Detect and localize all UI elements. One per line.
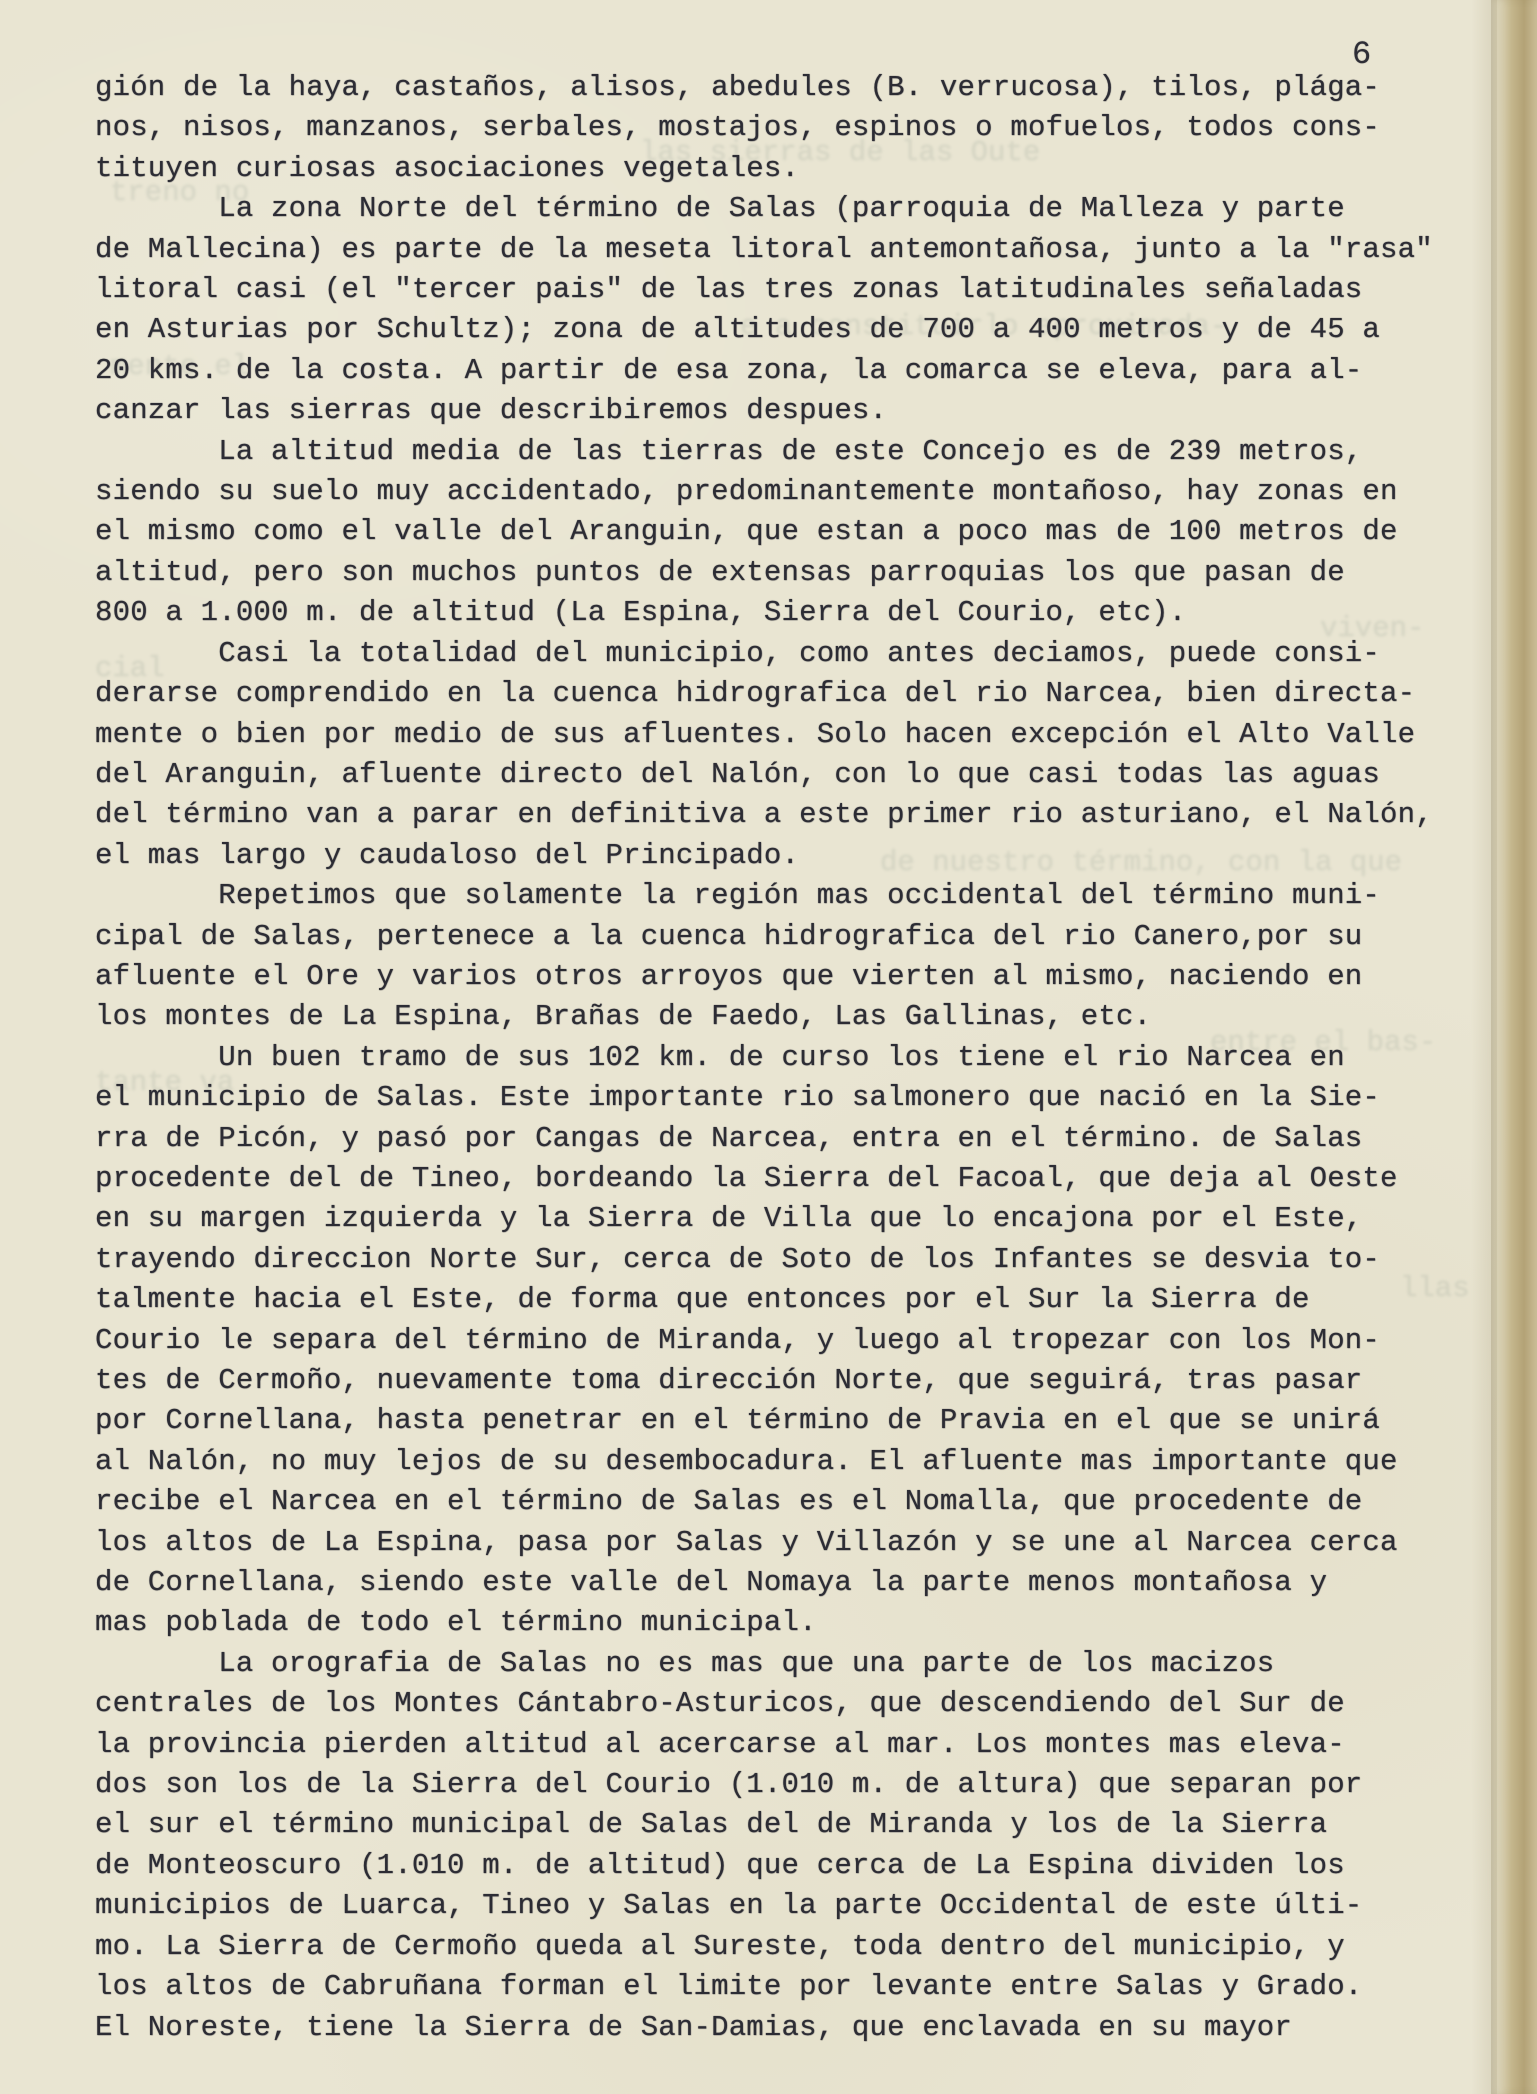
text-line: mente o bien por medio de sus afluentes.… xyxy=(95,715,1495,755)
body-text: gión de la haya, castaños, alisos, abedu… xyxy=(95,68,1495,2048)
text-line: litoral casi (el "tercer pais" de las tr… xyxy=(95,270,1495,310)
page-edge xyxy=(1491,0,1537,2094)
document-page: las sierras de las Outetreno noe a const… xyxy=(0,0,1537,2094)
text-line: La altitud media de las tierras de este … xyxy=(95,432,1495,472)
text-line: La orografia de Salas no es mas que una … xyxy=(95,1644,1495,1684)
text-line: La zona Norte del término de Salas (parr… xyxy=(95,189,1495,229)
text-line: Courio le separa del término de Miranda,… xyxy=(95,1321,1495,1361)
text-line: recibe el Narcea en el término de Salas … xyxy=(95,1482,1495,1522)
text-line: canzar las sierras que describiremos des… xyxy=(95,391,1495,431)
text-line: municipios de Luarca, Tineo y Salas en l… xyxy=(95,1886,1495,1926)
text-line: derarse comprendido en la cuenca hidrogr… xyxy=(95,674,1495,714)
text-line: mas poblada de todo el término municipal… xyxy=(95,1603,1495,1643)
text-line: afluente el Ore y varios otros arroyos q… xyxy=(95,957,1495,997)
text-line: talmente hacia el Este, de forma que ent… xyxy=(95,1280,1495,1320)
text-line: los altos de La Espina, pasa por Salas y… xyxy=(95,1523,1495,1563)
text-line: de Mallecina) es parte de la meseta lito… xyxy=(95,230,1495,270)
text-line: Repetimos que solamente la región mas oc… xyxy=(95,876,1495,916)
text-line: en Asturias por Schultz); zona de altitu… xyxy=(95,310,1495,350)
text-line: procedente del de Tineo, bordeando la Si… xyxy=(95,1159,1495,1199)
text-line: el municipio de Salas. Este importante r… xyxy=(95,1078,1495,1118)
text-line: nos, nisos, manzanos, serbales, mostajos… xyxy=(95,108,1495,148)
text-line: 800 a 1.000 m. de altitud (La Espina, Si… xyxy=(95,593,1495,633)
text-line: trayendo direccion Norte Sur, cerca de S… xyxy=(95,1240,1495,1280)
text-line: el mas largo y caudaloso del Principado. xyxy=(95,836,1495,876)
text-line: gión de la haya, castaños, alisos, abedu… xyxy=(95,68,1495,108)
text-line: rra de Picón, y pasó por Cangas de Narce… xyxy=(95,1119,1495,1159)
text-line: cipal de Salas, pertenece a la cuenca hi… xyxy=(95,917,1495,957)
text-line: centrales de los Montes Cántabro-Asturic… xyxy=(95,1684,1495,1724)
text-line: de Monteoscuro (1.010 m. de altitud) que… xyxy=(95,1846,1495,1886)
text-line: del término van a parar en definitiva a … xyxy=(95,795,1495,835)
text-line: el sur el término municipal de Salas del… xyxy=(95,1805,1495,1845)
text-line: siendo su suelo muy accidentado, predomi… xyxy=(95,472,1495,512)
text-line: los montes de La Espina, Brañas de Faedo… xyxy=(95,997,1495,1037)
text-line: por Cornellana, hasta penetrar en el tér… xyxy=(95,1401,1495,1441)
text-line: de Cornellana, siendo este valle del Nom… xyxy=(95,1563,1495,1603)
text-line: altitud, pero son muchos puntos de exten… xyxy=(95,553,1495,593)
text-line: el mismo como el valle del Aranguin, que… xyxy=(95,512,1495,552)
text-line: Un buen tramo de sus 102 km. de curso lo… xyxy=(95,1038,1495,1078)
text-line: El Noreste, tiene la Sierra de San-Damia… xyxy=(95,2008,1495,2048)
text-line: la provincia pierden altitud al acercars… xyxy=(95,1725,1495,1765)
text-line: dos son los de la Sierra del Courio (1.0… xyxy=(95,1765,1495,1805)
text-line: 20 kms. de la costa. A partir de esa zon… xyxy=(95,351,1495,391)
text-line: los altos de Cabruñana forman el limite … xyxy=(95,1967,1495,2007)
text-line: mo. La Sierra de Cermoño queda al Surest… xyxy=(95,1927,1495,1967)
text-line: Casi la totalidad del municipio, como an… xyxy=(95,634,1495,674)
text-line: al Nalón, no muy lejos de su desembocadu… xyxy=(95,1442,1495,1482)
text-line: tituyen curiosas asociaciones vegetales. xyxy=(95,149,1495,189)
text-line: tes de Cermoño, nuevamente toma direcció… xyxy=(95,1361,1495,1401)
text-line: del Aranguin, afluente directo del Nalón… xyxy=(95,755,1495,795)
text-line: en su margen izquierda y la Sierra de Vi… xyxy=(95,1199,1495,1239)
